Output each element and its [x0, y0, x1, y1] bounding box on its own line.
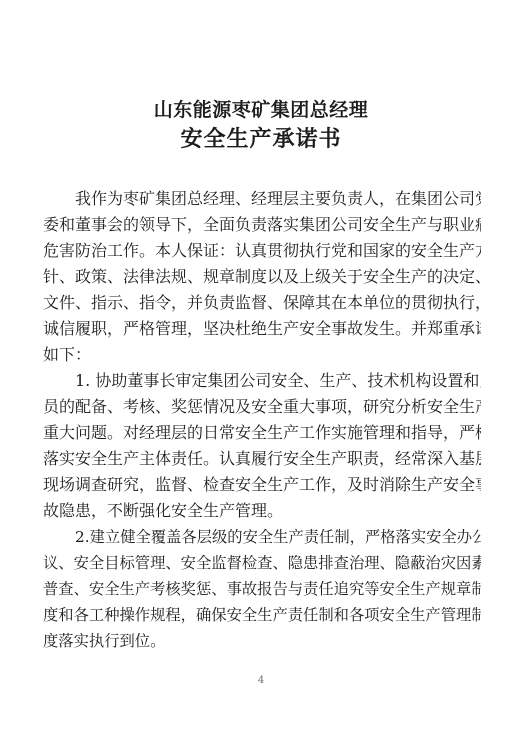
page-footer: 4: [0, 668, 522, 687]
paragraph: 2.建立健全覆盖各层级的安全生产责任制，严格落实安全办公会议、安全目标管理、安全…: [43, 524, 481, 654]
text-line: 度和各工种操作规程，确保安全生产责任制和各项安全生产管理制: [43, 602, 481, 628]
text-line: 现场调查研究，监督、检查安全生产工作，及时消除生产安全事: [43, 472, 481, 498]
text-line: 2.建立健全覆盖各层级的安全生产责任制，严格落实安全办公会: [43, 524, 481, 550]
title-line-1: 山东能源枣矿集团总经理: [0, 97, 522, 124]
text-line: 1. 协助董事长审定集团公司安全、生产、技术机构设置和人: [43, 368, 481, 394]
text-line: 诚信履职，严格管理，坚决杜绝生产安全事故发生。并郑重承诺: [43, 316, 481, 342]
paragraph: 1. 协助董事长审定集团公司安全、生产、技术机构设置和人员的配备、考核、奖惩情况…: [43, 368, 481, 524]
page-number: 4: [258, 675, 264, 686]
text-line: 重大问题。对经理层的日常安全生产工作实施管理和指导，严格: [43, 420, 481, 446]
text-line: 针、政策、法律法规、规章制度以及上级关于安全生产的决定、: [43, 264, 481, 290]
text-line: 如下：: [43, 342, 481, 368]
document-body: 我作为枣矿集团总经理、经理层主要负责人，在集团公司党委和董事会的领导下，全面负责…: [43, 186, 481, 654]
text-line: 故隐患，不断强化安全生产管理。: [43, 498, 481, 524]
text-line: 危害防治工作。本人保证：认真贯彻执行党和国家的安全生产方: [43, 238, 481, 264]
paragraph: 我作为枣矿集团总经理、经理层主要负责人，在集团公司党委和董事会的领导下，全面负责…: [43, 186, 481, 368]
text-line: 议、安全目标管理、安全监督检查、隐患排查治理、隐蔽治灾因素: [43, 550, 481, 576]
text-line: 员的配备、考核、奖惩情况及安全重大事项，研究分析安全生产: [43, 394, 481, 420]
text-line: 委和董事会的领导下，全面负责落实集团公司安全生产与职业病: [43, 212, 481, 238]
text-line: 度落实执行到位。: [43, 628, 481, 654]
text-line: 我作为枣矿集团总经理、经理层主要负责人，在集团公司党: [43, 186, 481, 212]
title-line-2: 安全生产承诺书: [0, 124, 522, 155]
text-line: 普查、安全生产考核奖惩、事故报告与责任追究等安全生产规章制: [43, 576, 481, 602]
document-page: 山东能源枣矿集团总经理 安全生产承诺书 我作为枣矿集团总经理、经理层主要负责人，…: [0, 0, 522, 744]
text-line: 文件、指示、指令，并负责监督、保障其在本单位的贯彻执行，: [43, 290, 481, 316]
document-title: 山东能源枣矿集团总经理 安全生产承诺书: [0, 97, 522, 155]
text-line: 落实安全生产主体责任。认真履行安全生产职责，经常深入基层、: [43, 446, 481, 472]
